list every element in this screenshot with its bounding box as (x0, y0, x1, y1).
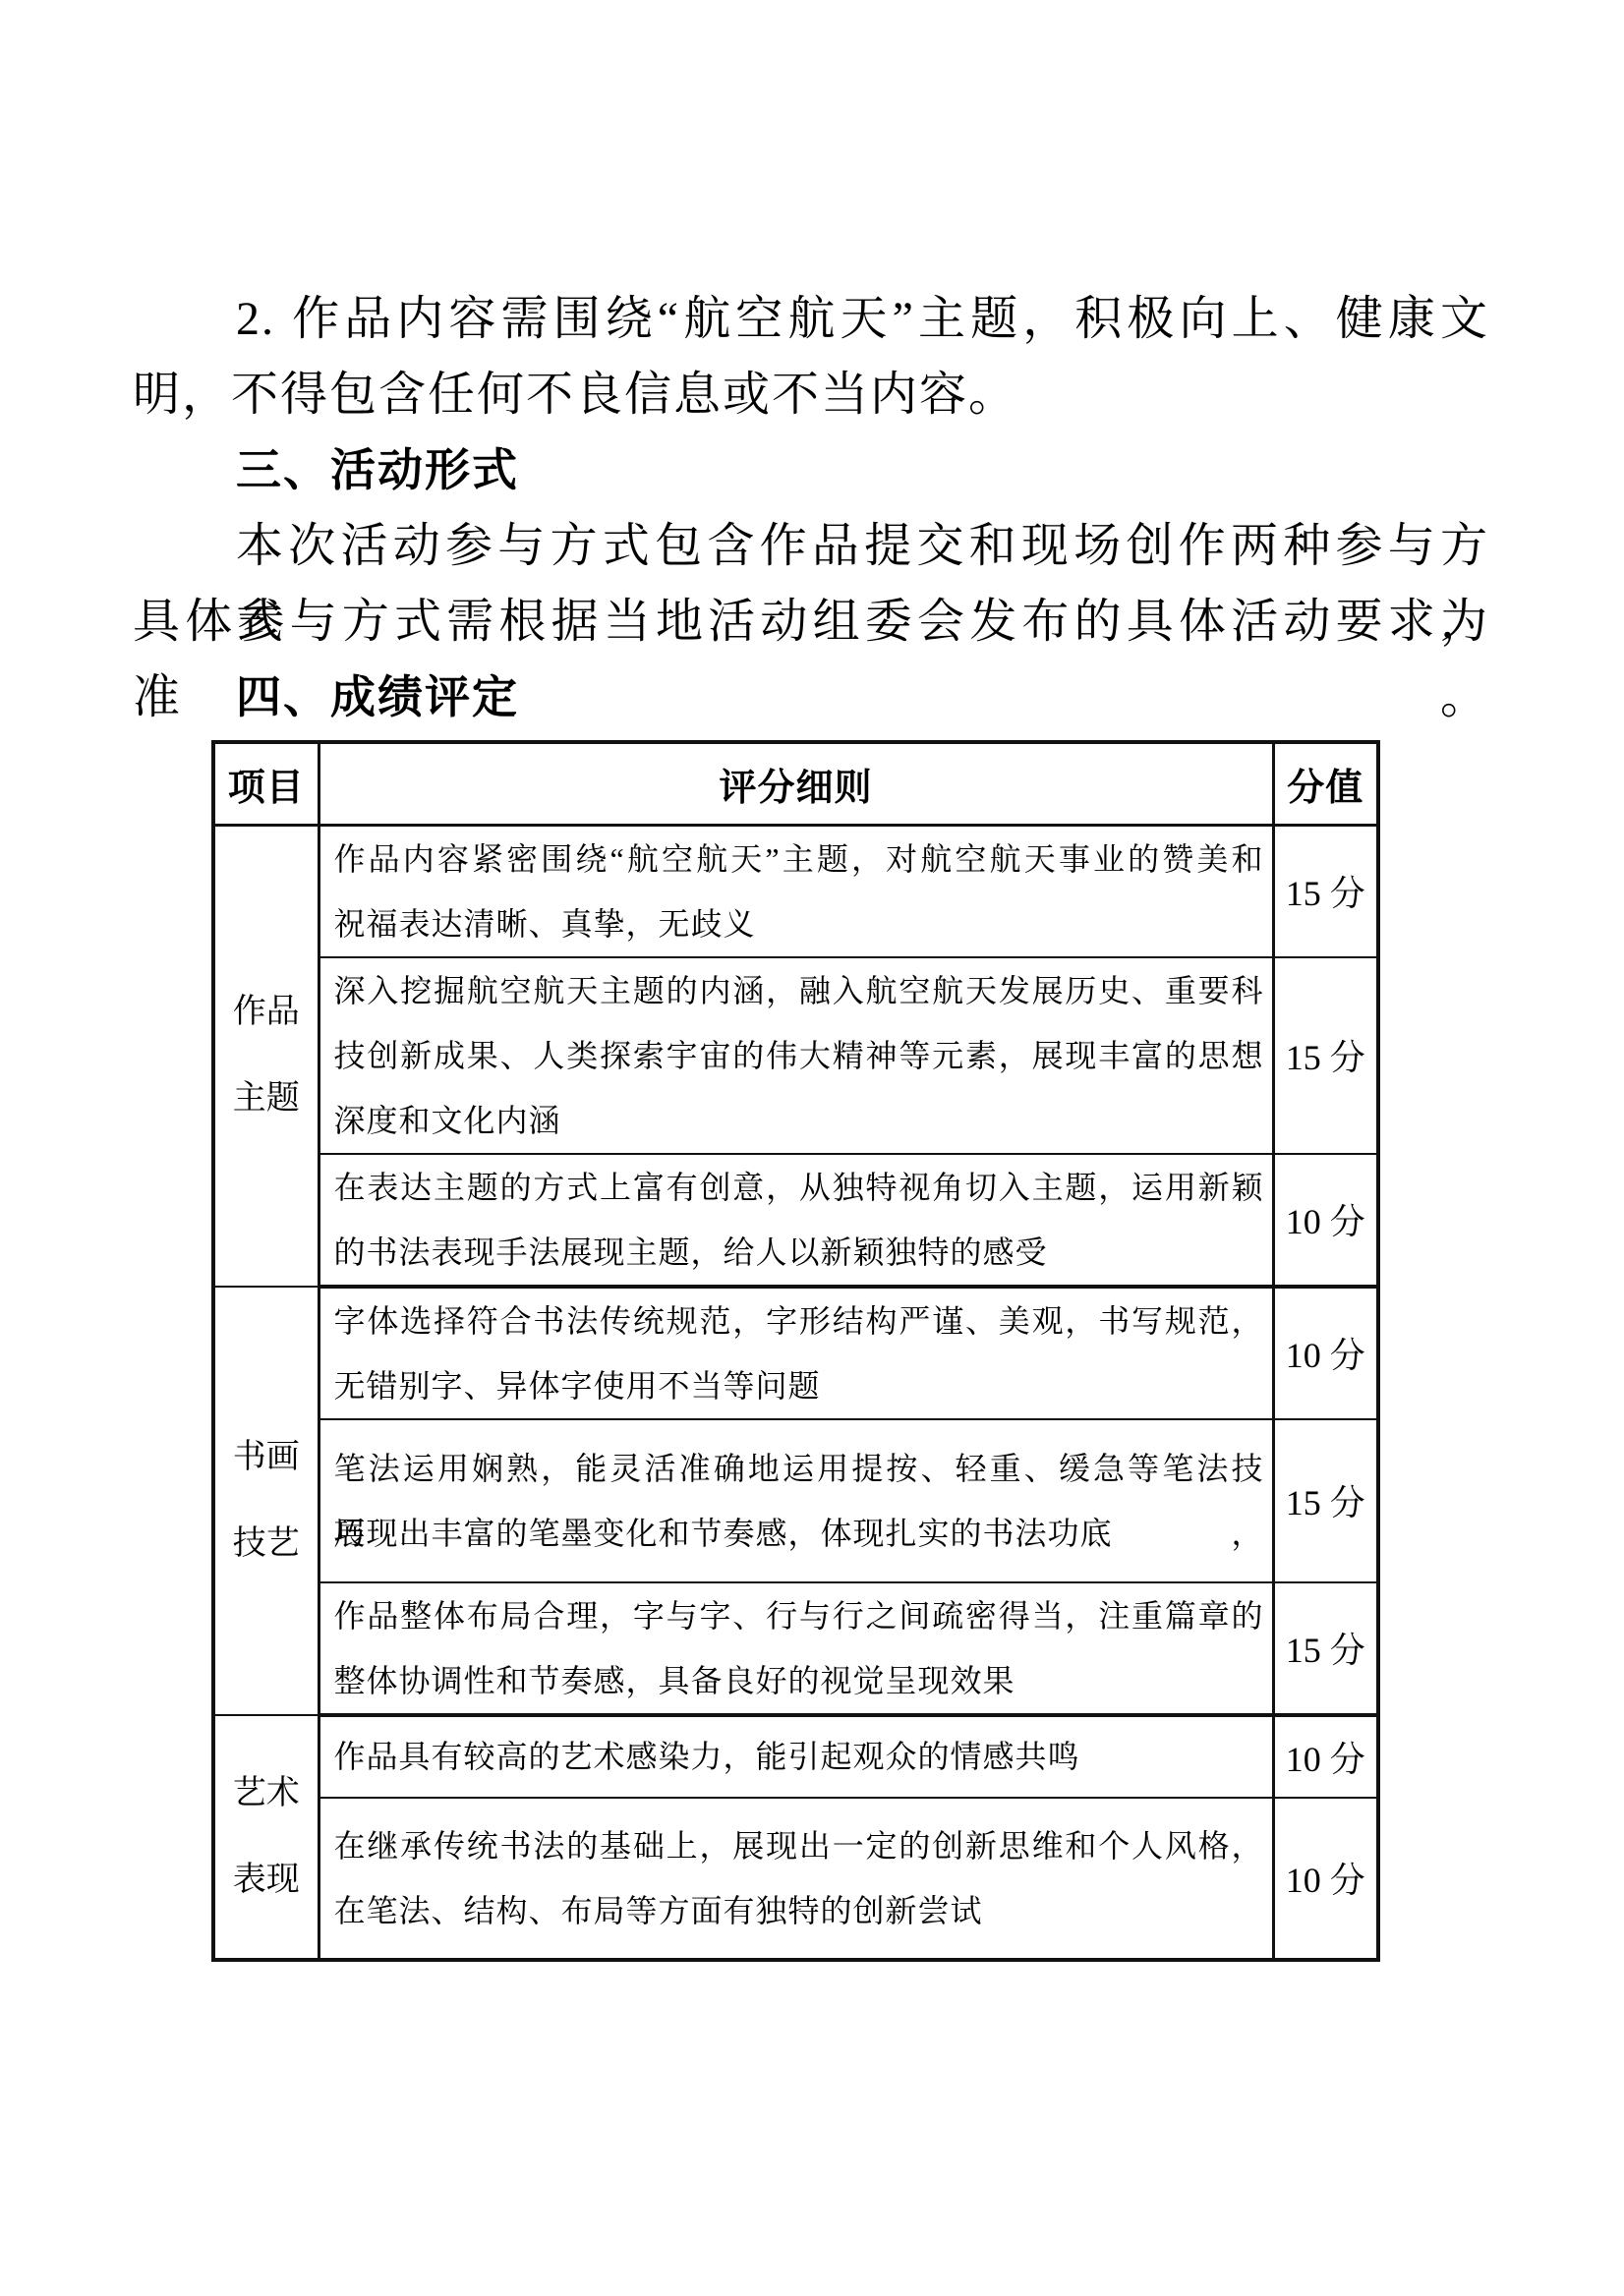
criteria-line: 深入挖掘航空航天主题的内涵，融入航空航天发展历史、重要科 (334, 958, 1264, 1023)
criteria-cell: 作品内容紧密围绕“航空航天”主题，对航空航天事业的赞美和 祝福表达清晰、真挚，无… (319, 825, 1273, 957)
table-row: 作品整体布局合理，字与字、行与行之间疏密得当，注重篇章的 整体协调性和节奏感，具… (213, 1582, 1378, 1715)
score-cell: 15 分 (1273, 1419, 1378, 1582)
category-line: 作品 (215, 969, 318, 1056)
criteria-cell: 在表达主题的方式上富有创意，从独特视角切入主题，运用新颖 的书法表现手法展现主题… (319, 1154, 1273, 1287)
criteria-line: 在笔法、结构、布局等方面有独特的创新尝试 (334, 1878, 1264, 1943)
table-row: 在继承传统书法的基础上，展现出一定的创新思维和个人风格， 在笔法、结构、布局等方… (213, 1798, 1378, 1960)
paragraph-section3-line2: 具体参与方式需根据当地活动组委会发布的具体活动要求为准。 (133, 584, 1489, 660)
table-row: 深入挖掘航空航天主题的内涵，融入航空航天发展历史、重要科 技创新成果、人类探索宇… (213, 957, 1378, 1154)
category-line: 主题 (215, 1056, 318, 1142)
paragraph-section3-line1: 本次活动参与方式包含作品提交和现场创作两种参与方式， (133, 508, 1489, 584)
section3-heading: 三、活动形式 (133, 432, 1489, 508)
criteria-line: 字体选择符合书法传统规范，字形结构严谨、美观，书写规范， (334, 1289, 1264, 1353)
criteria-line: 笔法运用娴熟，能灵活准确地运用提按、轻重、缓急等笔法技巧， (334, 1436, 1264, 1501)
criteria-line: 在继承传统书法的基础上，展现出一定的创新思维和个人风格， (334, 1813, 1264, 1878)
table-row: 在表达主题的方式上富有创意，从独特视角切入主题，运用新颖 的书法表现手法展现主题… (213, 1154, 1378, 1287)
table-row: 艺术 表现 作品具有较高的艺术感染力，能引起观众的情感共鸣 10 分 (213, 1715, 1378, 1798)
category-line: 技艺 (215, 1501, 318, 1587)
category-line: 艺术 (215, 1751, 318, 1837)
header-criteria: 评分细则 (319, 742, 1273, 825)
criteria-line: 作品整体布局合理，字与字、行与行之间疏密得当，注重篇章的 (334, 1583, 1264, 1648)
score-cell: 10 分 (1273, 1798, 1378, 1960)
score-cell: 10 分 (1273, 1715, 1378, 1798)
criteria-cell: 笔法运用娴熟，能灵活准确地运用提按、轻重、缓急等笔法技巧， 展现出丰富的笔墨变化… (319, 1419, 1273, 1582)
header-score: 分值 (1273, 742, 1378, 825)
category-line: 书画 (215, 1414, 318, 1501)
score-cell: 15 分 (1273, 957, 1378, 1154)
paragraph-item2-line1: 2. 作品内容需围绕“航空航天”主题，积极向上、健康文 (133, 281, 1489, 357)
category-line: 表现 (215, 1837, 318, 1923)
score-cell: 10 分 (1273, 1287, 1378, 1419)
criteria-line: 作品具有较高的艺术感染力，能引起观众的情感共鸣 (334, 1724, 1264, 1789)
criteria-cell: 字体选择符合书法传统规范，字形结构严谨、美观，书写规范， 无错别字、异体字使用不… (319, 1287, 1273, 1419)
criteria-line: 深度和文化内涵 (334, 1088, 1264, 1153)
criteria-cell: 作品整体布局合理，字与字、行与行之间疏密得当，注重篇章的 整体协调性和节奏感，具… (319, 1582, 1273, 1715)
document-page: 2. 作品内容需围绕“航空航天”主题，积极向上、健康文 明，不得包含任何不良信息… (0, 0, 1624, 2296)
criteria-cell: 深入挖掘航空航天主题的内涵，融入航空航天发展历史、重要科 技创新成果、人类探索宇… (319, 957, 1273, 1154)
document-content: 2. 作品内容需围绕“航空航天”主题，积极向上、健康文 明，不得包含任何不良信息… (133, 281, 1489, 1962)
criteria-line: 的书法表现手法展现主题，给人以新颖独特的感受 (334, 1220, 1264, 1285)
category-cell-shuhua-jiyi: 书画 技艺 (213, 1287, 319, 1715)
header-item: 项目 (213, 742, 319, 825)
criteria-cell: 作品具有较高的艺术感染力，能引起观众的情感共鸣 (319, 1715, 1273, 1798)
category-cell-zuopin-zhuti: 作品 主题 (213, 825, 319, 1287)
criteria-line: 无错别字、异体字使用不当等问题 (334, 1353, 1264, 1418)
score-cell: 15 分 (1273, 1582, 1378, 1715)
category-cell-yishu-biaoxian: 艺术 表现 (213, 1715, 319, 1960)
criteria-cell: 在继承传统书法的基础上，展现出一定的创新思维和个人风格， 在笔法、结构、布局等方… (319, 1798, 1273, 1960)
table-row: 作品 主题 作品内容紧密围绕“航空航天”主题，对航空航天事业的赞美和 祝福表达清… (213, 825, 1378, 957)
criteria-line: 祝福表达清晰、真挚，无歧义 (334, 891, 1264, 956)
criteria-line: 在表达主题的方式上富有创意，从独特视角切入主题，运用新颖 (334, 1155, 1264, 1220)
table-row: 笔法运用娴熟，能灵活准确地运用提按、轻重、缓急等笔法技巧， 展现出丰富的笔墨变化… (213, 1419, 1378, 1582)
criteria-line: 作品内容紧密围绕“航空航天”主题，对航空航天事业的赞美和 (334, 827, 1264, 891)
criteria-line: 整体协调性和节奏感，具备良好的视觉呈现效果 (334, 1648, 1264, 1713)
table-header-row: 项目 评分细则 分值 (213, 742, 1378, 825)
score-cell: 10 分 (1273, 1154, 1378, 1287)
criteria-line: 技创新成果、人类探索宇宙的伟大精神等元素，展现丰富的思想 (334, 1023, 1264, 1088)
score-cell: 15 分 (1273, 825, 1378, 957)
scoring-table: 项目 评分细则 分值 作品 主题 作品内容紧密围绕“航空航天”主题，对航空航天事… (211, 740, 1380, 1962)
paragraph-item2-line2: 明，不得包含任何不良信息或不当内容。 (133, 357, 1489, 432)
table-row: 书画 技艺 字体选择符合书法传统规范，字形结构严谨、美观，书写规范， 无错别字、… (213, 1287, 1378, 1419)
